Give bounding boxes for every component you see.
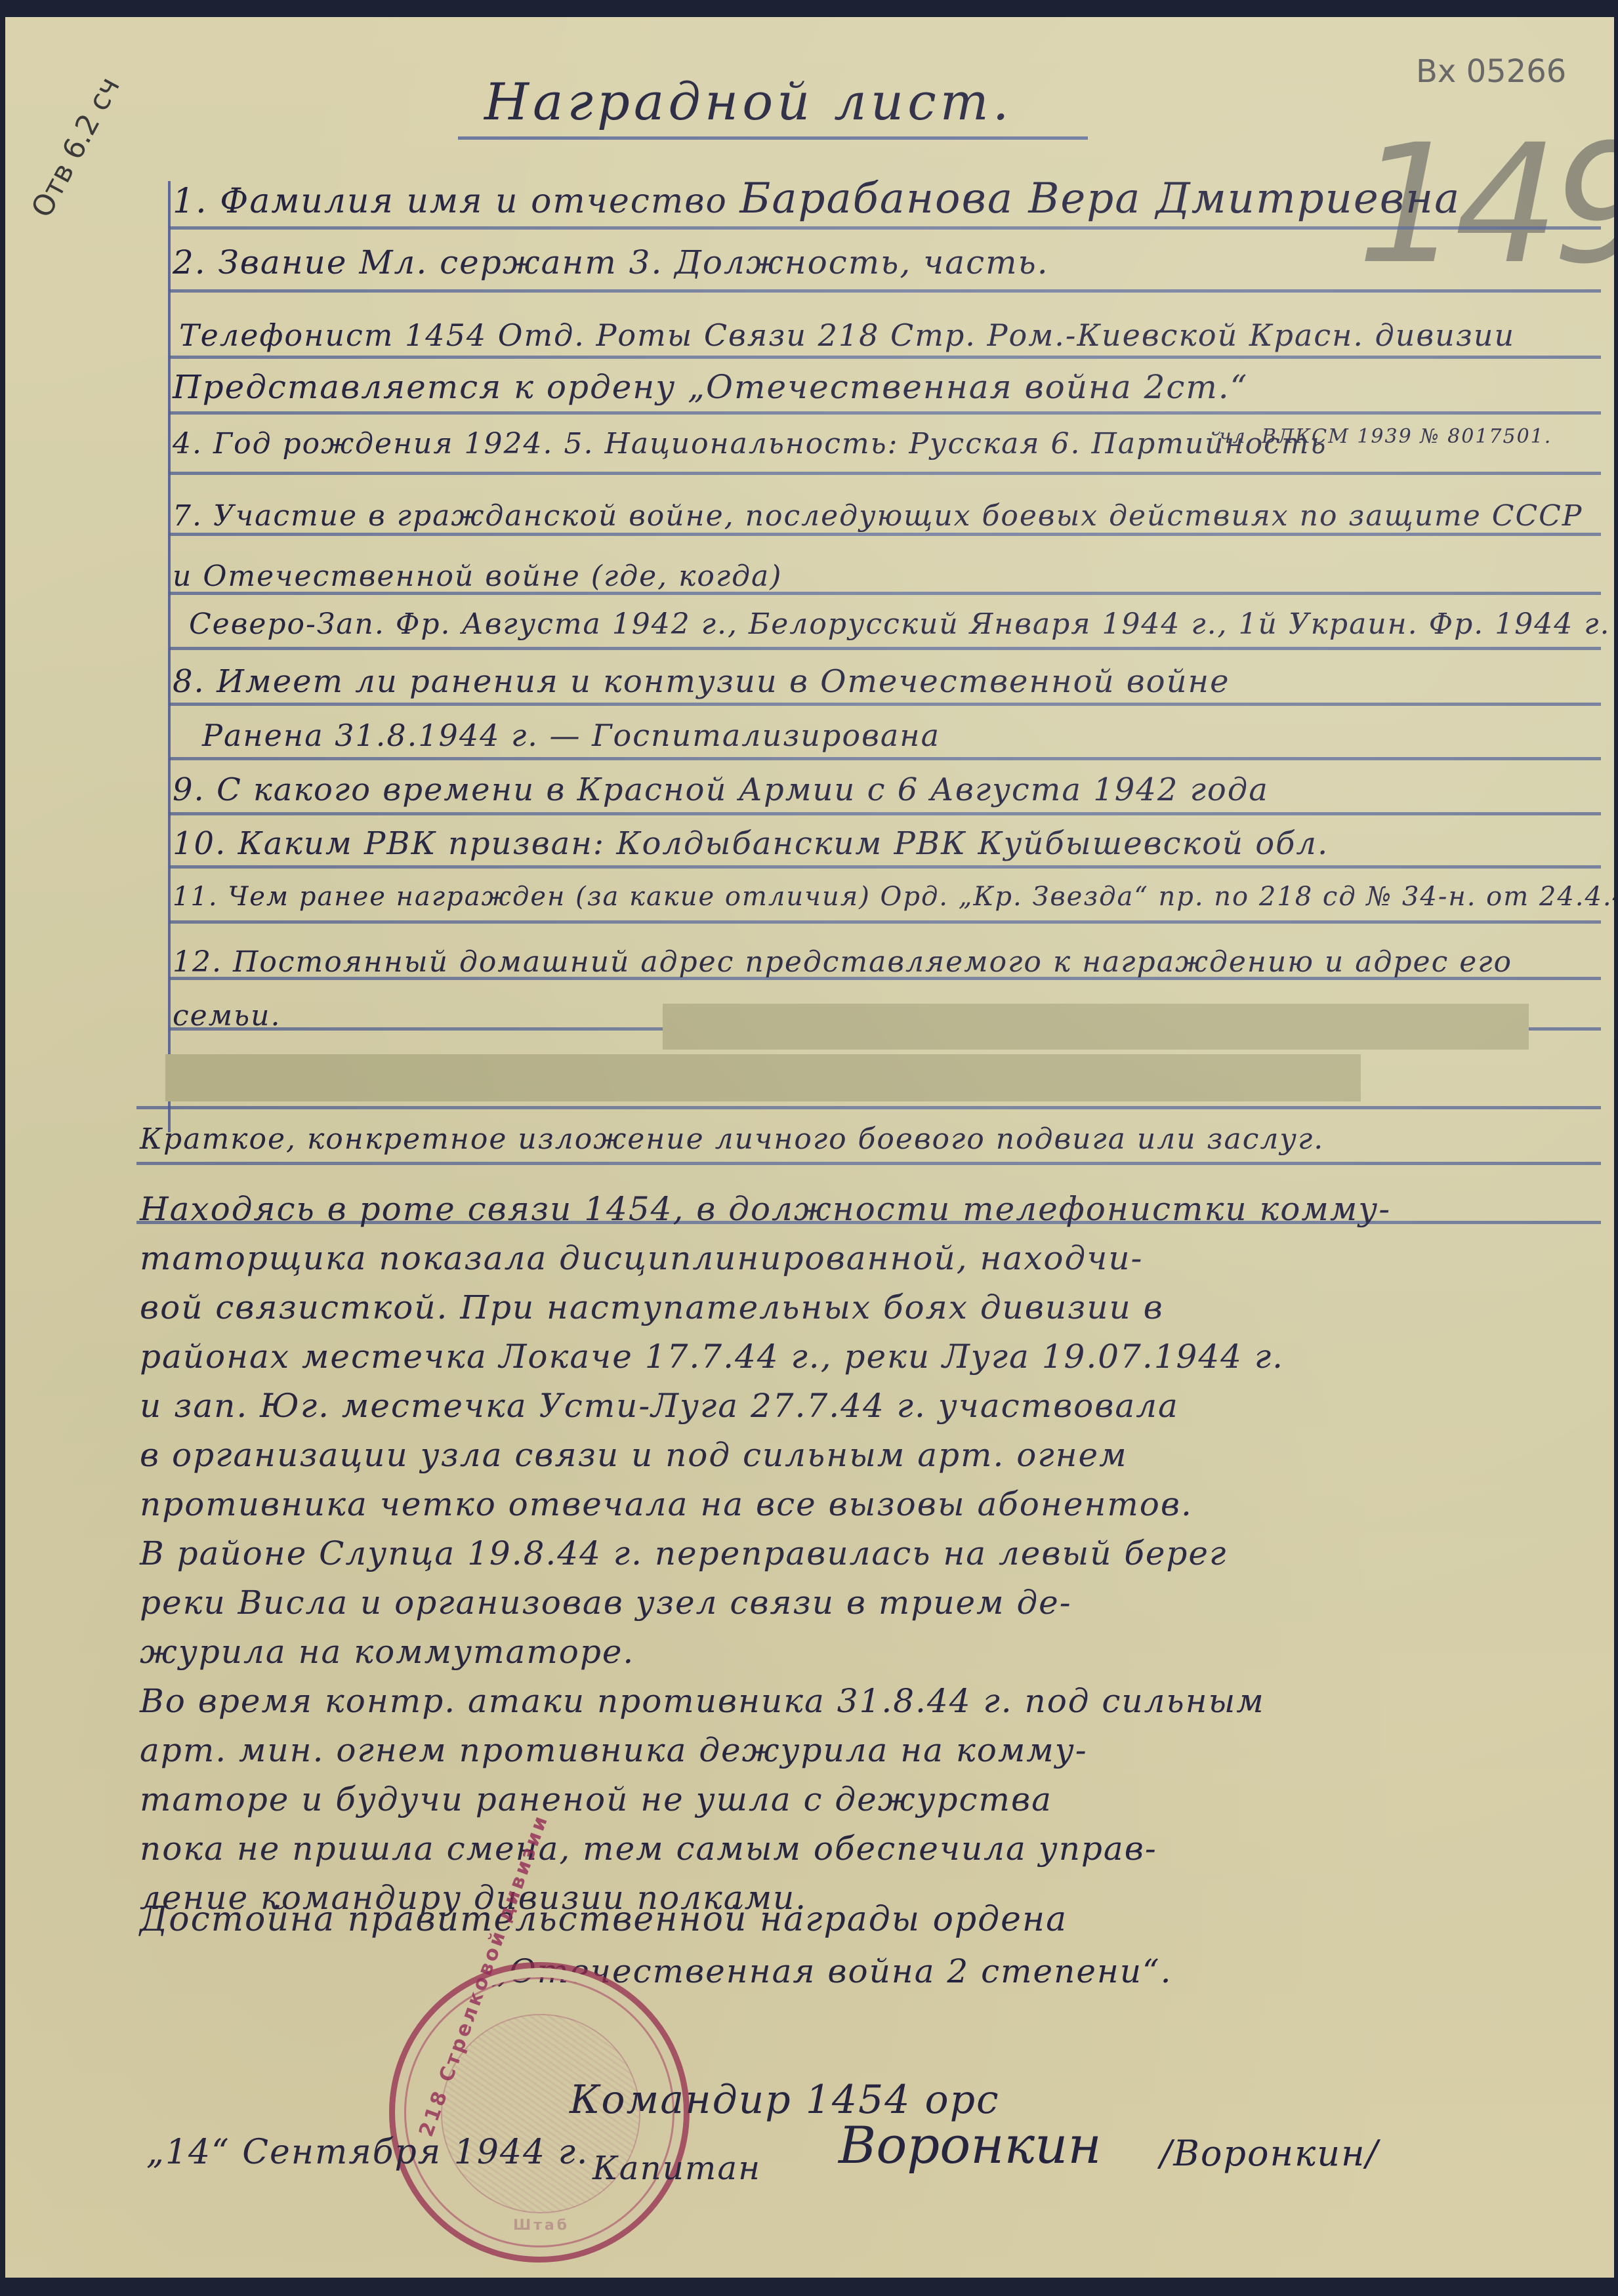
feat-line: в организации узла связи и под сильным а…	[140, 1431, 1583, 1480]
field-8-num: 8.	[173, 663, 205, 700]
field-10-num: 10.	[173, 825, 226, 862]
feat-line: вой связисткой. При наступательных боях …	[140, 1283, 1583, 1332]
field-1-value: Барабанова Вера Дмитриевна	[739, 174, 1461, 223]
field-2-label: Звание	[218, 243, 348, 281]
ruled-line	[169, 289, 1601, 293]
field-9-num: 9.	[173, 771, 205, 808]
ruled-line	[169, 812, 1601, 815]
ruled-line	[169, 865, 1601, 869]
field-3-label: Должность, часть.	[674, 243, 1048, 281]
field-10: 10. Каким РВК призван: Колдыбанским РВК …	[173, 825, 1329, 862]
feat-line: таторе и будучи раненой не ушла с дежурс…	[140, 1775, 1583, 1824]
presented-value: „Отечественная война 2ст.“	[688, 368, 1248, 406]
ruled-line	[169, 920, 1601, 924]
field-2-3: 2. Звание Мл. сержант 3. Должность, част…	[173, 243, 1049, 281]
field-2-value: Мл. сержант	[359, 243, 617, 281]
signature-scrawl: Воронкин	[839, 2116, 1102, 2175]
feat-line: и зап. Юг. местечка Усти-Луга 27.7.44 г.…	[140, 1382, 1583, 1431]
feat-line: В районе Слупца 19.8.44 г. переправилась…	[140, 1529, 1583, 1578]
presented-to-order: Представляется к ордену „Отечественная в…	[173, 368, 1248, 406]
field-2-num: 2.	[173, 243, 207, 281]
field-8-label: Имеет ли ранения и контузии в Отечествен…	[217, 663, 1230, 700]
field-5-label: Национальность:	[604, 427, 898, 461]
field-7-num: 7.	[173, 499, 203, 533]
field-7-value: Северо-Зап. Фр. Августа 1942 г., Белорус…	[189, 607, 1610, 641]
signature-rank: Капитан	[592, 2149, 761, 2187]
field-11: 11. Чем ранее награжден (за какие отличи…	[173, 882, 1614, 912]
field-12-num: 12.	[173, 945, 222, 979]
feat-line: Во время контр. атаки противника 31.8.44…	[140, 1677, 1583, 1726]
presented-label: Представляется к ордену	[173, 368, 676, 406]
award-sheet: Отв 6.2 сч Вх 05266 149 Наградной лист. …	[5, 17, 1614, 2278]
field-4-num: 4.	[173, 427, 203, 461]
field-1-label: Фамилия имя и отчество	[220, 182, 728, 221]
field-1-num: 1.	[173, 182, 208, 221]
redacted-address-2	[165, 1054, 1361, 1101]
field-3-value: Телефонист 1454 Отд. Роты Связи 218 Стр.…	[179, 306, 1590, 365]
field-9-label: С какого времени в Красной Армии	[217, 771, 856, 808]
feat-line: арт. мин. огнем противника дежурила на к…	[140, 1726, 1583, 1775]
feat-heading: Краткое, конкретное изложение личного бо…	[140, 1122, 1324, 1156]
ruled-line	[136, 1106, 1601, 1109]
field-11-value: Орд. „Кр. Звезда“ пр. по 218 сд № 34-н. …	[881, 882, 1614, 912]
margin-note: Отв 6.2 сч	[25, 72, 127, 223]
field-8-value: Ранена 31.8.1944 г. — Госпитализирована	[202, 718, 940, 753]
field-6-num: 6.	[1050, 427, 1081, 461]
redacted-address-1	[663, 1004, 1529, 1050]
field-1: 1. Фамилия имя и отчество Барабанова Вер…	[173, 174, 1461, 223]
ruled-line	[169, 757, 1601, 760]
ruled-line	[169, 226, 1601, 230]
feat-line: таторщика показала дисциплинированной, н…	[140, 1234, 1583, 1283]
field-9-value: с 6 Августа 1942 года	[867, 771, 1269, 808]
field-5-num: 5.	[564, 427, 594, 461]
feat-line: районах местечка Локаче 17.7.44 г., реки…	[140, 1332, 1583, 1382]
field-8: 8. Имеет ли ранения и контузии в Отечест…	[173, 663, 1230, 700]
field-7-label: 7. Участие в гражданской войне, последую…	[173, 486, 1583, 607]
stamp-text-bottom: Штаб	[513, 2217, 570, 2234]
field-10-label: Каким РВК призван:	[238, 825, 605, 862]
conclusion-line-1: Достойна правительственной награды орден…	[140, 1900, 1068, 1939]
signature-name: /Воронкин/	[1160, 2133, 1379, 2174]
ruled-line	[136, 1162, 1601, 1165]
field-4-5-6: 4. Год рождения 1924. 5. Национальность:…	[173, 427, 1327, 461]
field-6-value: чл. ВЛКСМ 1939 № 8017501.	[1219, 425, 1552, 448]
left-margin-rule	[168, 181, 171, 1132]
ruled-line	[169, 703, 1601, 706]
ruled-line	[169, 647, 1601, 650]
archive-number: Вх 05266	[1416, 53, 1566, 90]
ruled-line	[169, 411, 1601, 415]
field-9: 9. С какого времени в Красной Армии с 6 …	[173, 771, 1269, 808]
feat-line: Находясь в роте связи 1454, в должности …	[140, 1185, 1583, 1234]
feat-line: реки Висла и организовав узел связи в тр…	[140, 1578, 1583, 1628]
title-underline	[458, 136, 1088, 140]
signature-date: „14“ Сентября 1944 г.	[146, 2133, 589, 2172]
document-title: Наградной лист.	[484, 73, 1013, 132]
field-11-label: Чем ранее награжден (за какие отличия)	[228, 882, 870, 912]
ruled-line	[169, 472, 1601, 475]
field-3-num: 3.	[629, 243, 663, 281]
field-7-label-text: Участие в гражданской войне, последующих…	[173, 499, 1583, 593]
field-4-value: 1924.	[465, 427, 554, 461]
feat-line: пока не пришла смена, тем самым обеспечи…	[140, 1824, 1583, 1874]
feat-text: Находясь в роте связи 1454, в должности …	[140, 1185, 1583, 1923]
field-5-value: Русская	[909, 427, 1040, 461]
feat-line: журила на коммутаторе.	[140, 1628, 1583, 1677]
field-4-label: Год рождения	[213, 427, 454, 461]
field-11-num: 11.	[173, 882, 218, 912]
feat-line: противника четко отвечала на все вызовы …	[140, 1480, 1583, 1529]
field-10-value: Колдыбанским РВК Куйбышевской обл.	[616, 825, 1329, 862]
